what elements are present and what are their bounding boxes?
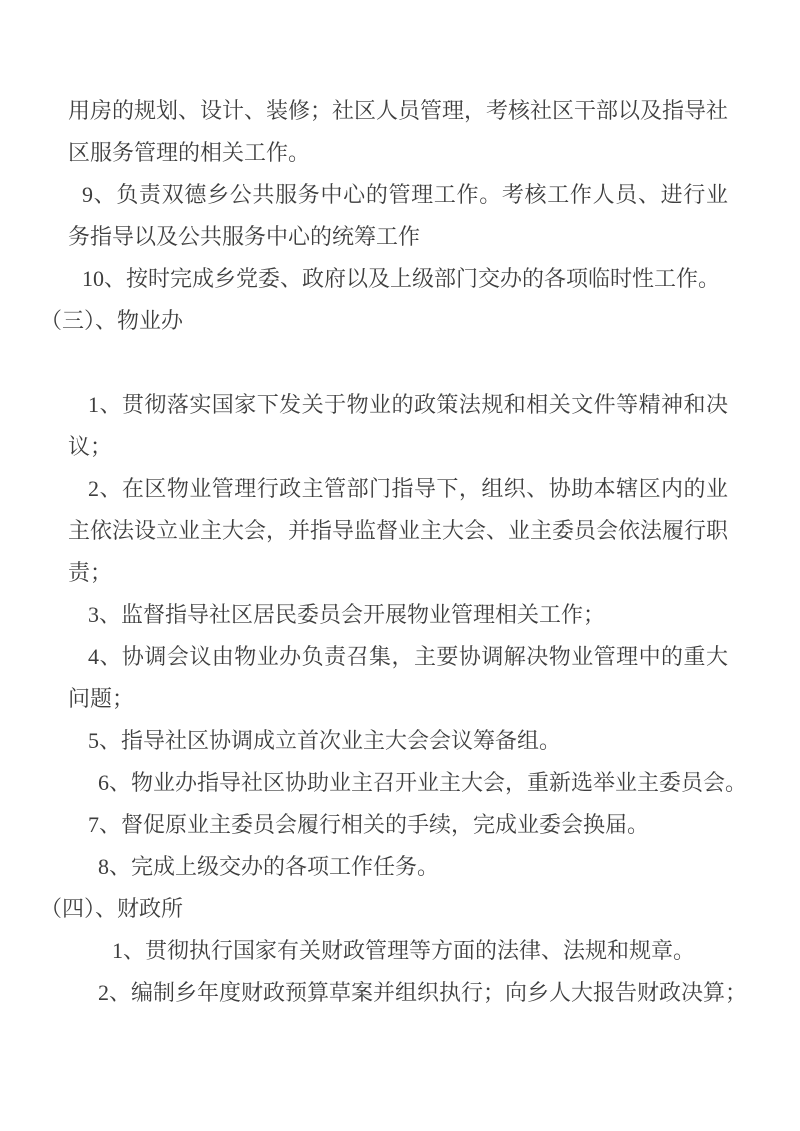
- paragraph-item-4-wuye: 4、协调会议由物业办负责召集，主要协调解决物业管理中的重大问题；: [68, 636, 728, 720]
- paragraph-item-2-wuye: 2、在区物业管理行政主管部门指导下，组织、协助本辖区内的业主依法设立业主大会，并…: [68, 468, 728, 594]
- paragraph-item-1-wuye: 1、贯彻落实国家下发关于物业的政策法规和相关文件等精神和决议；: [68, 384, 728, 468]
- blank-line: [40, 342, 728, 384]
- section-heading-4-caizhengsuo: （四）、财政所: [40, 888, 728, 930]
- paragraph-item-5-wuye: 5、指导社区协调成立首次业主大会会议筹备组。: [68, 720, 728, 762]
- paragraph-item-10: 10、按时完成乡党委、政府以及上级部门交办的各项临时性工作。: [68, 258, 728, 300]
- paragraph-item-3-wuye: 3、监督指导社区居民委员会开展物业管理相关工作；: [68, 594, 728, 636]
- section-heading-3-wuyeban: （三）、物业办: [40, 300, 728, 342]
- paragraph-item-7-wuye: 7、督促原业主委员会履行相关的手续，完成业委会换届。: [68, 804, 728, 846]
- paragraph-continuation: 用房的规划、设计、装修；社区人员管理，考核社区干部以及指导社区服务管理的相关工作…: [68, 90, 728, 174]
- paragraph-item-1-caizheng: 1、贯彻执行国家有关财政管理等方面的法律、法规和规章。: [68, 930, 728, 972]
- document-page: 用房的规划、设计、装修；社区人员管理，考核社区干部以及指导社区服务管理的相关工作…: [0, 0, 800, 1131]
- document-text-block: 用房的规划、设计、装修；社区人员管理，考核社区干部以及指导社区服务管理的相关工作…: [40, 90, 728, 1014]
- paragraph-item-8-wuye: 8、完成上级交办的各项工作任务。: [68, 846, 728, 888]
- paragraph-item-9: 9、负责双德乡公共服务中心的管理工作。考核工作人员、进行业务指导以及公共服务中心…: [68, 174, 728, 258]
- paragraph-item-6-wuye: 6、物业办指导社区协助业主召开业主大会，重新选举业主委员会。: [68, 762, 728, 804]
- paragraph-item-2-caizheng: 2、编制乡年度财政预算草案并组织执行；向乡人大报告财政决算；: [68, 972, 728, 1014]
